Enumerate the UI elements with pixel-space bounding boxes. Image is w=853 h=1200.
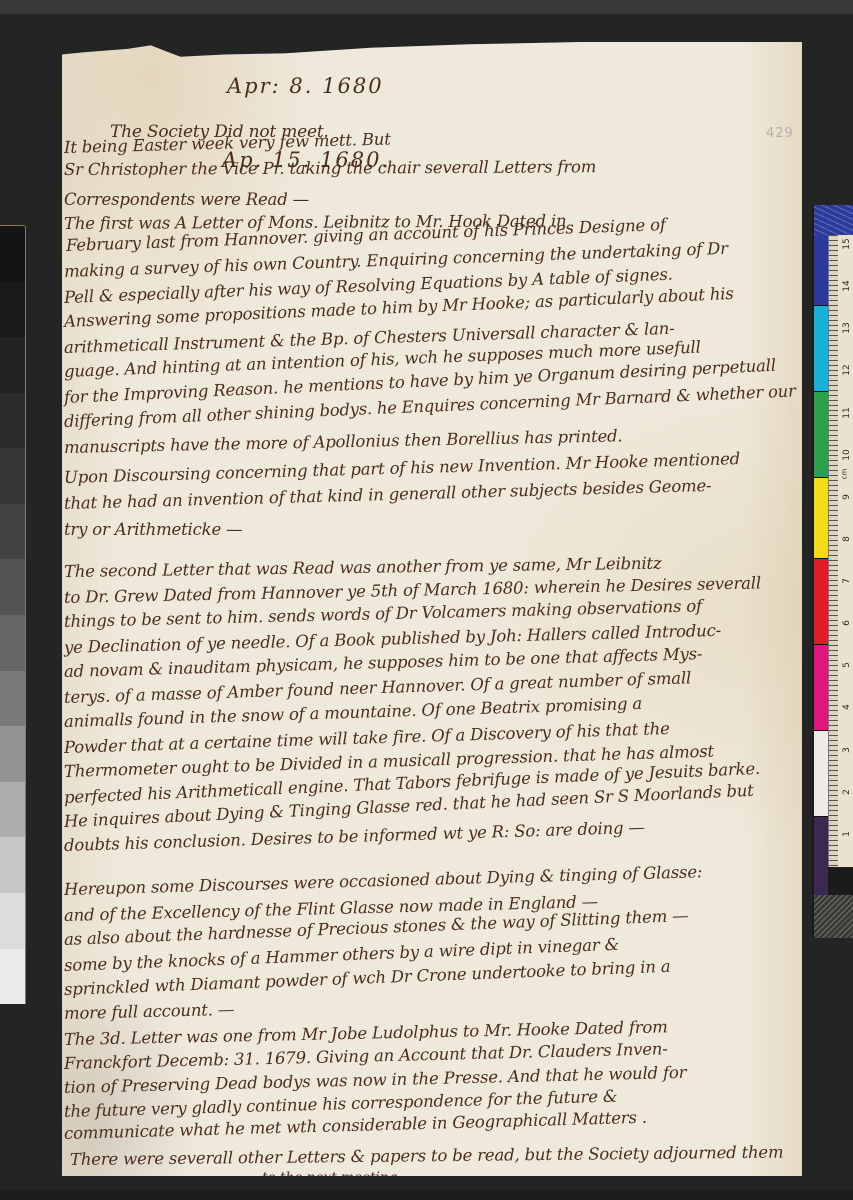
ruler-unit: cm: [840, 468, 848, 479]
ruler-number: 11: [842, 406, 852, 420]
color-chip: [814, 392, 828, 478]
gray-patch: [0, 393, 25, 449]
manuscript-line: more full account. —: [64, 1000, 235, 1023]
scanner-top-band: [0, 0, 853, 14]
manuscript-line: manuscripts have the more of Apollonius …: [64, 426, 623, 457]
manuscript-line: to the next meeting —: [262, 1170, 415, 1186]
gray-patch: [0, 726, 25, 782]
gray-patch: [0, 671, 25, 727]
color-chip: [814, 817, 828, 904]
color-chip: [814, 645, 828, 731]
manuscript-line: try or Arithmeticke —: [64, 520, 242, 539]
ruler-number: 15: [842, 237, 852, 251]
ruler-ticks: [829, 235, 838, 867]
ruler-number: 4: [842, 700, 852, 714]
color-chip: [814, 731, 828, 817]
scanner-bottom-band: [0, 1190, 853, 1200]
color-chip: [814, 478, 828, 559]
gray-patch: [0, 837, 25, 893]
grayscale-calibration-strip: [0, 225, 26, 1004]
folio-number: 429: [766, 126, 794, 141]
ruler-number: 7: [842, 574, 852, 588]
ruler-number: 6: [842, 616, 852, 630]
ruler-number: 13: [842, 321, 852, 335]
reference-photo-patch: [814, 895, 853, 938]
ruler-number: 14: [842, 279, 852, 293]
color-chips: [814, 205, 828, 938]
manuscript-line: Correspondents were Read —: [64, 190, 309, 209]
ruler-number: 5: [842, 658, 852, 672]
ruler-number: 2: [842, 785, 852, 799]
gray-patch: [0, 559, 25, 615]
ruler-number: 10: [842, 448, 852, 462]
ruler-number: 12: [842, 363, 852, 377]
color-chart-ruler: 151413121110987654321cm: [812, 205, 853, 938]
date-heading-apr-8: Apr: 8. 1680: [227, 74, 384, 98]
ruler-number: 8: [842, 532, 852, 546]
manuscript-line: Hereupon some Discourses were occasioned…: [64, 862, 703, 899]
gray-patch: [0, 615, 25, 671]
color-chip: [814, 559, 828, 645]
manuscript-page: 429 Apr: 8. 1680 The Society Did not mee…: [62, 42, 802, 1176]
gray-patch: [0, 448, 25, 504]
gray-patch: [0, 893, 25, 949]
manuscript-line: There were severall other Letters & pape…: [70, 1143, 784, 1169]
measurement-ruler: 151413121110987654321cm: [828, 235, 853, 867]
manuscript-line: Sr Christopher the Vice Pr. taking the c…: [64, 157, 596, 179]
gray-patch: [0, 504, 25, 560]
color-chip: [814, 306, 828, 392]
ruler-number: 3: [842, 743, 852, 757]
gray-patch: [0, 337, 25, 393]
color-chip-blue: [814, 205, 853, 235]
gray-patch: [0, 282, 25, 338]
gray-patch: [0, 226, 25, 282]
gray-patch: [0, 949, 25, 1004]
ruler-number: 9: [842, 490, 852, 504]
ruler-number: 1: [842, 827, 852, 841]
gray-patch: [0, 782, 25, 838]
